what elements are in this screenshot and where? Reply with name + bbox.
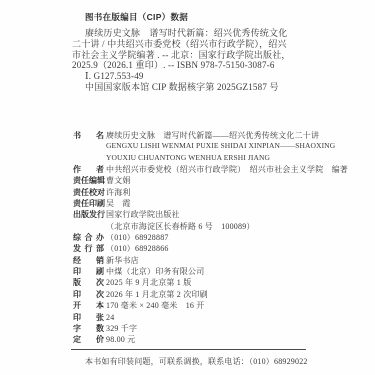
footer-divider [71,349,306,350]
row-publisher-address: （北京市海淀区长春桥路 6 号 100089） [73,221,323,232]
row-book-title-pinyin-2: YOUXIU CHUANTONG WENHUA ERSHI JIANG [73,153,323,164]
impression-value: 2026 年 1 月北京第 2 次印刷 [106,289,208,300]
cip-line: 2025.9（2026.1 重印）. -- ISBN 978-7-5150-30… [72,60,312,71]
book-title-value: 赓续历史文脉 谱写时代新篇——绍兴优秀传统文化二十讲 [106,130,319,141]
general-office-phone: （010）68928887 [106,232,169,243]
row-print-supervisor: 责任印刷 吴 霞 [73,198,323,209]
price-value: 98.00 元 [106,334,135,345]
book-copyright-page: 图书在版编目（CIP）数据 赓续历史文脉 谱写时代新篇：绍兴优秀传统文化 二十讲… [0,0,375,375]
edition-label: 版次 [73,277,104,288]
printing-company: 中煤（北京）印务有限公司 [106,266,204,277]
row-impression: 印次 2026 年 1 月北京第 2 次印刷 [73,289,323,300]
book-title-label: 书名 [73,130,104,141]
row-price: 定价 98.00 元 [73,334,323,345]
seller-value: 新华书店 [106,255,139,266]
cip-data-block: 赓续历史文脉 谱写时代新篇：绍兴优秀传统文化 二十讲 / 中共绍兴市委党校（绍兴… [72,28,312,93]
sheets-label: 印张 [73,312,104,323]
cip-header: 图书在版编目（CIP）数据 [85,11,188,23]
printing-label: 印刷 [73,266,104,277]
book-title-pinyin-line1: GENGXU LISHI WENMAI PUXIE SHIDAI XINPIAN… [106,141,335,150]
publisher-address: （北京市海淀区长春桥路 6 号 100089） [106,221,255,232]
cip-line: 市社会主义学院编著 . -- 北京：国家行政学院出版社， [72,50,312,61]
row-sheets: 印张 24 [73,312,323,323]
seller-label: 经销 [73,255,104,266]
print-supervisor-value: 吴 霞 [106,198,131,209]
row-publisher: 出版发行 国家行政学院出版社 [73,209,323,220]
row-editor: 责任编辑 曹文娟 [73,175,323,186]
price-label: 定价 [73,334,104,345]
sheets-value: 24 [106,313,114,322]
format-value: 170 毫米 × 240 毫米 16 开 [106,300,205,311]
publisher-label: 出版发行 [73,209,104,220]
cip-line: 二十讲 / 中共绍兴市委党校（绍兴市行政学院），绍兴 [72,39,312,50]
proofreader-value: 许海利 [106,187,131,198]
distribution-dept-phone: （010）68928866 [106,243,169,254]
impression-label: 印次 [73,289,104,300]
row-book-title: 书名 赓续历史文脉 谱写时代新篇——绍兴优秀传统文化二十讲 [73,130,323,141]
cip-line: 赓续历史文脉 谱写时代新篇：绍兴优秀传统文化 [72,28,312,39]
row-general-office: 综合办 （010）68928887 [73,232,323,243]
proofreader-label: 责任校对 [73,187,104,198]
book-title-pinyin-line2: YOUXIU CHUANTONG WENHUA ERSHI JIANG [106,153,270,162]
print-supervisor-label: 责任印刷 [73,198,104,209]
cip-classification-line: Ⅰ. G127.553-49 [72,71,312,82]
row-edition: 版次 2025 年 9 月北京第 1 版 [73,277,323,288]
cip-record-number-line: 中国国家版本馆 CIP 数据核字第 2025GZ1587 号 [72,82,312,93]
colophon-list: 书名 赓续历史文脉 谱写时代新篇——绍兴优秀传统文化二十讲 GENGXU LIS… [73,130,323,346]
row-seller: 经销 新华书店 [73,255,323,266]
row-printing-company: 印刷 中煤（北京）印务有限公司 [73,266,323,277]
publisher-value: 国家行政学院出版社 [106,209,180,220]
word-count-value: 329 千字 [106,323,137,334]
editor-value: 曹文娟 [106,175,131,186]
footer-note: 本书如有印装问题，可联系调换，联系电话：（010）68929022 [85,356,308,367]
author-value: 中共绍兴市委党校（绍兴市行政学院） 绍兴市社会主义学院 编著 [106,164,348,175]
row-format: 开本 170 毫米 × 240 毫米 16 开 [73,300,323,311]
edition-value: 2025 年 9 月北京第 1 版 [106,277,191,288]
row-author: 作者 中共绍兴市委党校（绍兴市行政学院） 绍兴市社会主义学院 编著 [73,164,323,175]
format-label: 开本 [73,300,104,311]
editor-label: 责任编辑 [73,175,104,186]
row-distribution-dept: 发行部 （010）68928866 [73,243,323,254]
distribution-dept-label: 发行部 [73,243,104,254]
row-word-count: 字数 329 千字 [73,323,323,334]
author-label: 作者 [73,164,104,175]
row-proofreader: 责任校对 许海利 [73,187,323,198]
general-office-label: 综合办 [73,232,104,243]
row-book-title-pinyin-1: GENGXU LISHI WENMAI PUXIE SHIDAI XINPIAN… [73,141,323,152]
word-count-label: 字数 [73,323,104,334]
